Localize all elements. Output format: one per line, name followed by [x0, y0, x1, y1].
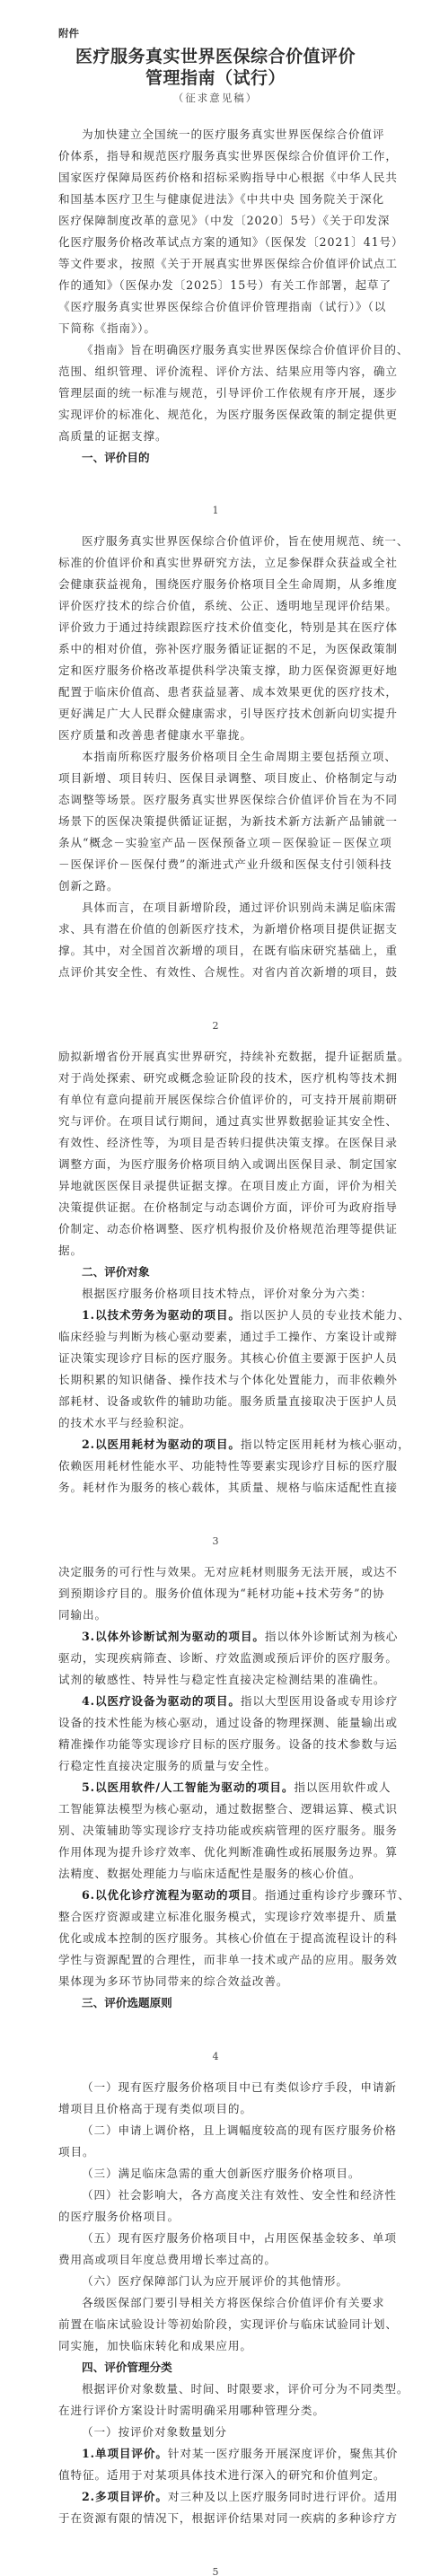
line-text: 指以医用软件或人	[294, 1780, 391, 1794]
line-text: 根据评价对象数量、时间、时限要求，评价可分为不同类型。	[82, 2382, 409, 2396]
text-line: 撑。其中，对全国首次新增的项目，在既有临床研究基础上，重	[58, 944, 374, 958]
text-line: 管理层面的统一标准与规范，引导评价工作依规有序开展，逐步	[58, 386, 374, 400]
line-text: 评价医疗技术的综合价值，系统、公正、透明地呈现评价结果。	[58, 599, 398, 612]
text-line: 临床经验与判断为核心驱动要素，通过手工操作、方案设计或辩	[58, 1330, 374, 1344]
line-text: 值特征。适用于对某项具体技术进行深入的研究和价值判定。	[58, 2468, 385, 2482]
text-line: 别、决策辅助等实现诊疗支持功能或疾病管理的医疗服务。服务	[58, 1824, 374, 1838]
line-text: 定和医疗服务价格改革提供科学决策支撑，助力医保资源更好地	[58, 664, 398, 677]
page-number: 2	[0, 1020, 431, 1032]
text-line: 有单位有意向提前开展医保综合价值评价的，可支持开展前期研	[58, 1093, 374, 1107]
text-line: 作的通知》（医保办发〔2025〕15号）有关工作部署，起草了	[58, 278, 374, 293]
page-number: 3	[0, 1535, 431, 1547]
line-text: 高质量的证据支撑。	[58, 429, 167, 443]
text-line: （二）申请上调价格，且上调幅度较高的现有医疗服务价格	[82, 2123, 374, 2138]
line-text: 的技术水平与经验积淀。	[58, 1416, 191, 1429]
text-line: 究与评价。在项目试行期间，通过真实世界数据验证其安全性、	[58, 1114, 374, 1129]
text-line: 系中的相对价值，弥补医疗服务循证证据的不足，为医保政策制	[58, 642, 374, 656]
line-text: （二）申请上调价格，且上调幅度较高的现有医疗服务价格	[82, 2123, 397, 2137]
text-line: （一）现有医疗服务价格项目中已有类似诊疗手段，申请新	[82, 2080, 374, 2095]
text-line: 前置在临床试验设计等初始阶段，实现评价与临床试验同计划、	[58, 2317, 374, 2332]
text-line: 的技术水平与经验积淀。	[58, 1416, 374, 1430]
line-text: 撑。其中，对全国首次新增的项目，在既有临床研究基础上，重	[58, 944, 398, 957]
text-line: 有效性、经济性等，为项目是否转归提供决策支撑。在医保目录	[58, 1136, 374, 1150]
line-text: 配置于临床价值高、患者获益显著、成本效果更优的医疗技术，	[58, 685, 398, 699]
text-line: 作用体现为提升诊疗效率、优化判断准确性或拓展服务边界。算	[58, 1845, 374, 1859]
text-line: 调整方面，为医疗服务价格项目纳入或调出医保目录、制定国家	[58, 1157, 374, 1172]
text-line: 的医疗服务价格项目。	[58, 2210, 374, 2224]
line-text: （五）现有医疗服务价格项目中，占用医保基金较多、单项	[82, 2231, 397, 2245]
text-line: 果体现为多环节协同带来的综合效益改善。	[58, 1974, 374, 1989]
text-line: 定和医疗服务价格改革提供科学决策支撑，助力医保资源更好地	[58, 664, 374, 678]
text-line: 态调整等场景。医疗服务真实世界医保综合价值评价旨在为不同	[58, 793, 374, 807]
line-text: 决策提供证据。在价格制定与动态调价方面，评价可为政府指导	[58, 1200, 398, 1214]
line-text: 行稳定性直接决定服务的质量与安全性。	[58, 1759, 277, 1772]
text-line: 精准操作功能等实现诊疗目标的医疗服务。设备的技术参数与运	[58, 1737, 374, 1752]
text-line: 本指南所称医疗服务价格项目全生命周期主要包括预立项、	[82, 750, 374, 764]
bold-lead: 5.以医用软件/人工智能为驱动的项目。	[82, 1780, 294, 1794]
line-text: 下简称《指南》）。	[58, 321, 156, 335]
text-line: 异地就医医保目录提供证据支撑。在项目废止方面，评价为相关	[58, 1179, 374, 1193]
line-text: 更好满足广大人民群众健康需求，引导医疗技术创新向切实提升	[58, 707, 398, 720]
text-line: （五）现有医疗服务价格项目中，占用医保基金较多、单项	[82, 2231, 374, 2246]
bold-lead: 6.以优化诊疗流程为驱动的项目	[82, 1888, 252, 1902]
page-number: 5	[0, 2566, 431, 2576]
line-text: 本指南所称医疗服务价格项目全生命周期主要包括预立项、	[82, 750, 397, 763]
text-line: 增项目且价格高于现有类似项目的。	[58, 2102, 374, 2116]
text-line: 根据评价对象数量、时间、时限要求，评价可分为不同类型。	[82, 2382, 374, 2396]
text-line: 6.以优化诊疗流程为驱动的项目。指通过重构诊疗步骤环节、	[82, 1888, 374, 1903]
text-line: 国家医疗保障局医药价格和招标采购指导中心根据《中华人民共	[58, 171, 374, 185]
text-line: 具体而言，在项目新增阶段，通过评价识别尚未满足临床需	[82, 901, 374, 915]
line-text: 医疗质量和改善患者健康水平靠拢。	[58, 728, 252, 742]
text-line: 1.以技术劳务为驱动的项目。指以医护人员的专业技术能力、	[82, 1308, 374, 1323]
text-line: 设备的技术性能为核心驱动，通过设备的物理探测、能量输出或	[58, 1716, 374, 1730]
line-text: 同实施，加快临床转化和成果应用。	[58, 2339, 252, 2352]
text-line: 价制定、动态价格调整、医疗机构报价及价格规范治理等提供证	[58, 1222, 374, 1236]
line-text: 调整方面，为医疗服务价格项目纳入或调出医保目录、制定国家	[58, 1157, 398, 1171]
line-text: 指以特定医用耗材为核心驱动，	[241, 1437, 410, 1451]
text-line: 同输出。	[58, 1608, 374, 1622]
line-text: －医保评价－医保付费”的渐进式产业升级和医保支付引领科技	[58, 857, 392, 871]
text-line: 医疗服务真实世界医保综合价值评价，旨在使用规范、统一、	[82, 534, 374, 549]
line-text: 求、具有潜在价值的创新医疗技术，为新增价格项目提供证据支	[58, 922, 398, 936]
line-text: 项目新增、项目转归、医保目录调整、项目废止、价格制定与动	[58, 771, 398, 785]
line-text: 。指通过重构诊疗步骤环节、	[252, 1888, 409, 1902]
text-line: 值特征。适用于对某项具体技术进行深入的研究和价值判定。	[58, 2468, 374, 2483]
text-line: （四）社会影响大，各方高度关注有效性、安全性和经济性	[82, 2188, 374, 2202]
line-text: 《指南》旨在明确医疗服务真实世界医保综合价值评价目的、	[82, 343, 409, 356]
line-text: 工智能算法模型为核心驱动，通过数据整合、逻辑运算、模式识	[58, 1802, 398, 1816]
line-text: （四）社会影响大，各方高度关注有效性、安全性和经济性	[82, 2188, 397, 2202]
line-text: 等文件要求，按照《关于开展真实世界医保综合价值评价试点工	[58, 257, 398, 270]
line-text: 的医疗服务价格项目。	[58, 2210, 180, 2223]
line-text: 为加快建立全国统一的医疗服务真实世界医保综合价值评	[82, 127, 384, 141]
line-text: 和国基本医疗卫生与健康促进法》《中共中央 国务院关于深化	[58, 192, 384, 206]
line-text: 究与评价。在项目试行期间，通过真实世界数据验证其安全性、	[58, 1114, 398, 1128]
line-text: 价体系，指导和规范医疗服务真实世界医保综合价值评价工作，	[58, 149, 398, 163]
line-text: 系中的相对价值，弥补医疗服务循证证据的不足，为医保政策制	[58, 642, 398, 655]
line-text: 管理层面的统一标准与规范，引导评价工作依规有序开展，逐步	[58, 386, 398, 400]
line-text: （六）医疗保障部门认为应开展评价的其他情形。	[82, 2274, 348, 2288]
line-text: 异地就医医保目录提供证据支撑。在项目废止方面，评价为相关	[58, 1179, 398, 1192]
text-line: 高质量的证据支撑。	[58, 429, 374, 444]
line-text: 化医疗服务价格改革试点方案的通知》（医保发〔2021〕41号）	[58, 235, 404, 249]
document-title-line2: 管理指南（试行）	[0, 65, 431, 89]
text-line: 决定服务的可行性与效果。无对应耗材则服务无法开展，或达不	[58, 1565, 374, 1579]
line-text: 长期积累的知识储备、操作技术与个体化处置能力，而非依赖外	[58, 1373, 398, 1386]
text-line: 到预期诊疗目的。服务价值体现为“耗材功能+技术劳务”的协	[58, 1587, 374, 1601]
text-line: 等文件要求，按照《关于开展真实世界医保综合价值评价试点工	[58, 257, 374, 271]
line-text: 临床经验与判断为核心驱动要素，通过手工操作、方案设计或辩	[58, 1330, 398, 1343]
text-line: 《指南》旨在明确医疗服务真实世界医保综合价值评价目的、	[82, 343, 374, 357]
line-text: 依赖医用耗材性能水平、功能特性等要素实现诊疗目标的医疗服	[58, 1459, 398, 1473]
line-text: 于在资源有限的情况下，根据评价结果对同一疾病的多种诊疗方	[58, 2511, 398, 2525]
line-text: 标准的价值评价和真实世界研究方法，立足参保群众获益或全社	[58, 556, 398, 569]
line-text: 试剂的敏感性、特异性与稳定性直接决定检测结果的准确性。	[58, 1673, 385, 1686]
line-text: 务。耗材作为服务的核心载体，其质量、规格与临床适配性直接	[58, 1481, 398, 1494]
line-text: 在进行评价方案设计时需明确采用哪种管理分类。	[58, 2404, 325, 2417]
line-text: 条从“概念－实验室产品－医保预备立项－医保验证－医保立项	[58, 836, 392, 849]
line-text: 有单位有意向提前开展医保综合价值评价的，可支持开展前期研	[58, 1093, 398, 1106]
line-text: 整合医疗资源或建立标准化服务模式，实现诊疗效率提升、质量	[58, 1910, 398, 1923]
line-text: 场景下的医保决策提供循证证据，为新技术新方法新产品铺就一	[58, 814, 398, 828]
line-text: 会健康获益视角，围绕医疗服务价格项目全生命周期，从多维度	[58, 577, 398, 591]
line-text: 点评价其安全性、有效性、合规性。对省内首次新增的项目，鼓	[58, 965, 398, 979]
line-text: 前置在临床试验设计等初始阶段，实现评价与临床试验同计划、	[58, 2317, 398, 2331]
text-line: 根据医疗服务价格项目技术特点，评价对象分为六类：	[82, 1287, 374, 1301]
text-line: 条从“概念－实验室产品－医保预备立项－医保验证－医保立项	[58, 836, 374, 850]
line-text: 学性与资源配置的合理性，而非单一技术或产品的应用。服务效	[58, 1953, 398, 1966]
text-line: 价体系，指导和规范医疗服务真实世界医保综合价值评价工作，	[58, 149, 374, 163]
line-text: 各级医保部门要引导相关方将医保综合价值评价有关要求	[82, 2296, 384, 2309]
line-text: 医疗服务真实世界医保综合价值评价，旨在使用规范、统一、	[82, 534, 409, 548]
line-text: 到预期诊疗目的。服务价值体现为“耗材功能+技术劳务”的协	[58, 1587, 384, 1600]
line-text: 驱动，实现疾病筛查、诊断、疗效监测或预后评价的医疗服务。	[58, 1651, 398, 1665]
text-line: 点评价其安全性、有效性、合规性。对省内首次新增的项目，鼓	[58, 965, 374, 980]
text-line: 法精度、数据处理能力与临床适配性是服务的核心价值。	[58, 1867, 374, 1881]
line-text: 励拟新增省份开展真实世界研究，持续补充数据，提升证据质量。	[58, 1050, 409, 1063]
line-text: 指以大型医用设备或专用诊疗	[241, 1694, 398, 1708]
text-line: 4.以医疗设备为驱动的项目。指以大型医用设备或专用诊疗	[82, 1694, 374, 1709]
text-line: 医疗保障制度改革的意见》（中发〔2020〕5号）《关于印发深	[58, 214, 374, 228]
line-text: 指以医护人员的专业技术能力、	[241, 1308, 410, 1322]
text-line: 创新之路。	[58, 879, 374, 893]
text-line: 部耗材、设备或软件的辅助功能。服务质量直接取决于医护人员	[58, 1394, 374, 1409]
text-line: 励拟新增省份开展真实世界研究，持续补充数据，提升证据质量。	[58, 1050, 374, 1064]
text-line: （一）按评价对象数量划分	[82, 2425, 374, 2440]
text-line: 更好满足广大人民群众健康需求，引导医疗技术创新向切实提升	[58, 707, 374, 721]
text-line: 务。耗材作为服务的核心载体，其质量、规格与临床适配性直接	[58, 1481, 374, 1495]
line-text: 评价致力于通过持续跟踪医疗技术价值变化，特别是其在医疗体	[58, 620, 398, 634]
line-text: 决定服务的可行性与效果。无对应耗材则服务无法开展，或达不	[58, 1565, 398, 1578]
document-title-line1: 医疗服务真实世界医保综合价值评价	[0, 43, 431, 67]
section-heading: 四、评价管理分类	[82, 2361, 172, 2375]
line-text: 针对某一医疗服务开展深度评价，聚焦其价	[168, 2447, 398, 2460]
page-number: 1	[0, 505, 431, 516]
line-text: 创新之路。	[58, 879, 119, 892]
line-text: 范围、组织管理、评价流程、评价方法、结果应用等内容，确立	[58, 365, 398, 378]
text-line: 驱动，实现疾病筛查、诊断、疗效监测或预后评价的医疗服务。	[58, 1651, 374, 1666]
line-text: 同输出。	[58, 1608, 107, 1622]
line-text: 态调整等场景。医疗服务真实世界医保综合价值评价旨在为不同	[58, 793, 398, 806]
line-text: 作用体现为提升诊疗效率、优化判断准确性或拓展服务边界。算	[58, 1845, 398, 1859]
line-text: 优化或成本控制的医疗服务。其核心价值在于提高流程设计的科	[58, 1931, 398, 1945]
text-line: 行稳定性直接决定服务的质量与安全性。	[58, 1759, 374, 1773]
text-line: 项目新增、项目转归、医保目录调整、项目废止、价格制定与动	[58, 771, 374, 786]
text-line: 费用高或项目年度总费用增长率过高的。	[58, 2253, 374, 2267]
line-text: （一）按评价对象数量划分	[82, 2425, 227, 2439]
text-line: （六）医疗保障部门认为应开展评价的其他情形。	[82, 2274, 374, 2289]
line-text: 《医疗服务真实世界医保综合价值评价管理指南（试行）》（以	[58, 300, 386, 313]
text-line: 决策提供证据。在价格制定与动态调价方面，评价可为政府指导	[58, 1200, 374, 1215]
bold-lead: 1.单项目评价。	[82, 2447, 168, 2460]
bold-lead: 3.以体外诊断试剂为驱动的项目。	[82, 1630, 265, 1643]
text-line: 和国基本医疗卫生与健康促进法》《中共中央 国务院关于深化	[58, 192, 374, 207]
bold-lead: 4.以医疗设备为驱动的项目。	[82, 1694, 241, 1708]
text-line: 范围、组织管理、评价流程、评价方法、结果应用等内容，确立	[58, 365, 374, 379]
line-text: 价制定、动态价格调整、医疗机构报价及价格规范治理等提供证	[58, 1222, 398, 1235]
text-line: 求、具有潜在价值的创新医疗技术，为新增价格项目提供证据支	[58, 922, 374, 936]
bold-lead: 2.多项目评价。	[82, 2490, 168, 2503]
text-line: 整合医疗资源或建立标准化服务模式，实现诊疗效率提升、质量	[58, 1910, 374, 1924]
text-line: 标准的价值评价和真实世界研究方法，立足参保群众获益或全社	[58, 556, 374, 570]
text-line: 在进行评价方案设计时需明确采用哪种管理分类。	[58, 2404, 374, 2418]
text-line: 评价致力于通过持续跟踪医疗技术价值变化，特别是其在医疗体	[58, 620, 374, 635]
text-line: 据。	[58, 1244, 374, 1258]
text-line: 化医疗服务价格改革试点方案的通知》（医保发〔2021〕41号）	[58, 235, 374, 250]
line-text: （三）满足临床急需的重大创新医疗服务价格项目。	[82, 2167, 360, 2180]
text-line: 于在资源有限的情况下，根据评价结果对同一疾病的多种诊疗方	[58, 2511, 374, 2526]
line-text: 证决策实现诊疗目标的医疗服务。其核心价值主要源于医护人员	[58, 1351, 398, 1365]
text-line: 2.以医用耗材为驱动的项目。指以特定医用耗材为核心驱动，	[82, 1437, 374, 1452]
line-text: 据。	[58, 1244, 83, 1257]
text-line: 会健康获益视角，围绕医疗服务价格项目全生命周期，从多维度	[58, 577, 374, 592]
line-text: 有效性、经济性等，为项目是否转归提供决策支撑。在医保目录	[58, 1136, 398, 1149]
bold-lead: 2.以医用耗材为驱动的项目。	[82, 1437, 241, 1451]
line-text: 精准操作功能等实现诊疗目标的医疗服务。设备的技术参数与运	[58, 1737, 398, 1751]
line-text: 部耗材、设备或软件的辅助功能。服务质量直接取决于医护人员	[58, 1394, 398, 1408]
text-line: 优化或成本控制的医疗服务。其核心价值在于提高流程设计的科	[58, 1931, 374, 1946]
text-line: 医疗质量和改善患者健康水平靠拢。	[58, 728, 374, 743]
line-text: 医疗保障制度改革的意见》（中发〔2020〕5号）《关于印发深	[58, 214, 390, 227]
line-text: 果体现为多环节协同带来的综合效益改善。	[58, 1974, 288, 1988]
line-text: 对于尚处探索、研究或概念验证阶段的技术，医疗机构等技术拥	[58, 1071, 398, 1085]
text-line: 各级医保部门要引导相关方将医保综合价值评价有关要求	[82, 2296, 374, 2310]
text-line: 学性与资源配置的合理性，而非单一技术或产品的应用。服务效	[58, 1953, 374, 1967]
text-line: 证决策实现诊疗目标的医疗服务。其核心价值主要源于医护人员	[58, 1351, 374, 1366]
text-line: （三）满足临床急需的重大创新医疗服务价格项目。	[82, 2167, 374, 2181]
attachment-label: 附件	[58, 26, 79, 40]
line-text: 法精度、数据处理能力与临床适配性是服务的核心价值。	[58, 1867, 361, 1880]
text-line: 实现评价的标准化、规范化，为医疗服务医保政策的制定提供更	[58, 408, 374, 422]
section-heading: 一、评价目的	[82, 451, 150, 465]
text-line: 同实施，加快临床转化和成果应用。	[58, 2339, 374, 2353]
document-subtitle: （征求意见稿）	[0, 91, 431, 105]
text-line: 为加快建立全国统一的医疗服务真实世界医保综合价值评	[82, 127, 374, 142]
text-line: 工智能算法模型为核心驱动，通过数据整合、逻辑运算、模式识	[58, 1802, 374, 1816]
text-line: 项目。	[58, 2145, 374, 2159]
text-line: 3.以体外诊断试剂为驱动的项目。指以体外诊断试剂为核心	[82, 1630, 374, 1644]
line-text: 实现评价的标准化、规范化，为医疗服务医保政策的制定提供更	[58, 408, 398, 421]
text-line: 2.多项目评价。对三种及以上医疗服务同时进行评价。适用	[82, 2490, 374, 2504]
text-line: 长期积累的知识储备、操作技术与个体化处置能力，而非依赖外	[58, 1373, 374, 1387]
line-text: 作的通知》（医保办发〔2025〕15号）有关工作部署，起草了	[58, 278, 391, 292]
section-heading: 三、评价选题原则	[82, 1996, 172, 2010]
line-text: 国家医疗保障局医药价格和招标采购指导中心根据《中华人民共	[58, 171, 398, 184]
page-number: 4	[0, 2051, 431, 2062]
line-text: 设备的技术性能为核心驱动，通过设备的物理探测、能量输出或	[58, 1716, 398, 1729]
text-line: 配置于临床价值高、患者获益显著、成本效果更优的医疗技术，	[58, 685, 374, 699]
line-text: 费用高或项目年度总费用增长率过高的。	[58, 2253, 277, 2266]
text-line: 对于尚处探索、研究或概念验证阶段的技术，医疗机构等技术拥	[58, 1071, 374, 1086]
text-line: 《医疗服务真实世界医保综合价值评价管理指南（试行）》（以	[58, 300, 374, 314]
line-text: 具体而言，在项目新增阶段，通过评价识别尚未满足临床需	[82, 901, 397, 914]
text-line: 场景下的医保决策提供循证证据，为新技术新方法新产品铺就一	[58, 814, 374, 829]
text-line: 5.以医用软件/人工智能为驱动的项目。指以医用软件或人	[82, 1780, 374, 1795]
line-text: 别、决策辅助等实现诊疗支持功能或疾病管理的医疗服务。服务	[58, 1824, 398, 1837]
text-line: 试剂的敏感性、特异性与稳定性直接决定检测结果的准确性。	[58, 1673, 374, 1687]
line-text: 对三种及以上医疗服务同时进行评价。适用	[168, 2490, 398, 2503]
text-line: 下简称《指南》）。	[58, 321, 374, 336]
line-text: 增项目且价格高于现有类似项目的。	[58, 2102, 252, 2115]
text-line: －医保评价－医保付费”的渐进式产业升级和医保支付引领科技	[58, 857, 374, 872]
line-text: 项目。	[58, 2145, 94, 2158]
line-text: （一）现有医疗服务价格项目中已有类似诊疗手段，申请新	[82, 2080, 397, 2094]
bold-lead: 1.以技术劳务为驱动的项目。	[82, 1308, 241, 1322]
text-line: 依赖医用耗材性能水平、功能特性等要素实现诊疗目标的医疗服	[58, 1459, 374, 1473]
section-heading: 二、评价对象	[82, 1265, 150, 1279]
text-line: 1.单项目评价。针对某一医疗服务开展深度评价，聚焦其价	[82, 2447, 374, 2461]
line-text: 指以体外诊断试剂为核心	[265, 1630, 398, 1643]
text-line: 评价医疗技术的综合价值，系统、公正、透明地呈现评价结果。	[58, 599, 374, 613]
line-text: 根据医疗服务价格项目技术特点，评价对象分为六类：	[82, 1287, 373, 1300]
